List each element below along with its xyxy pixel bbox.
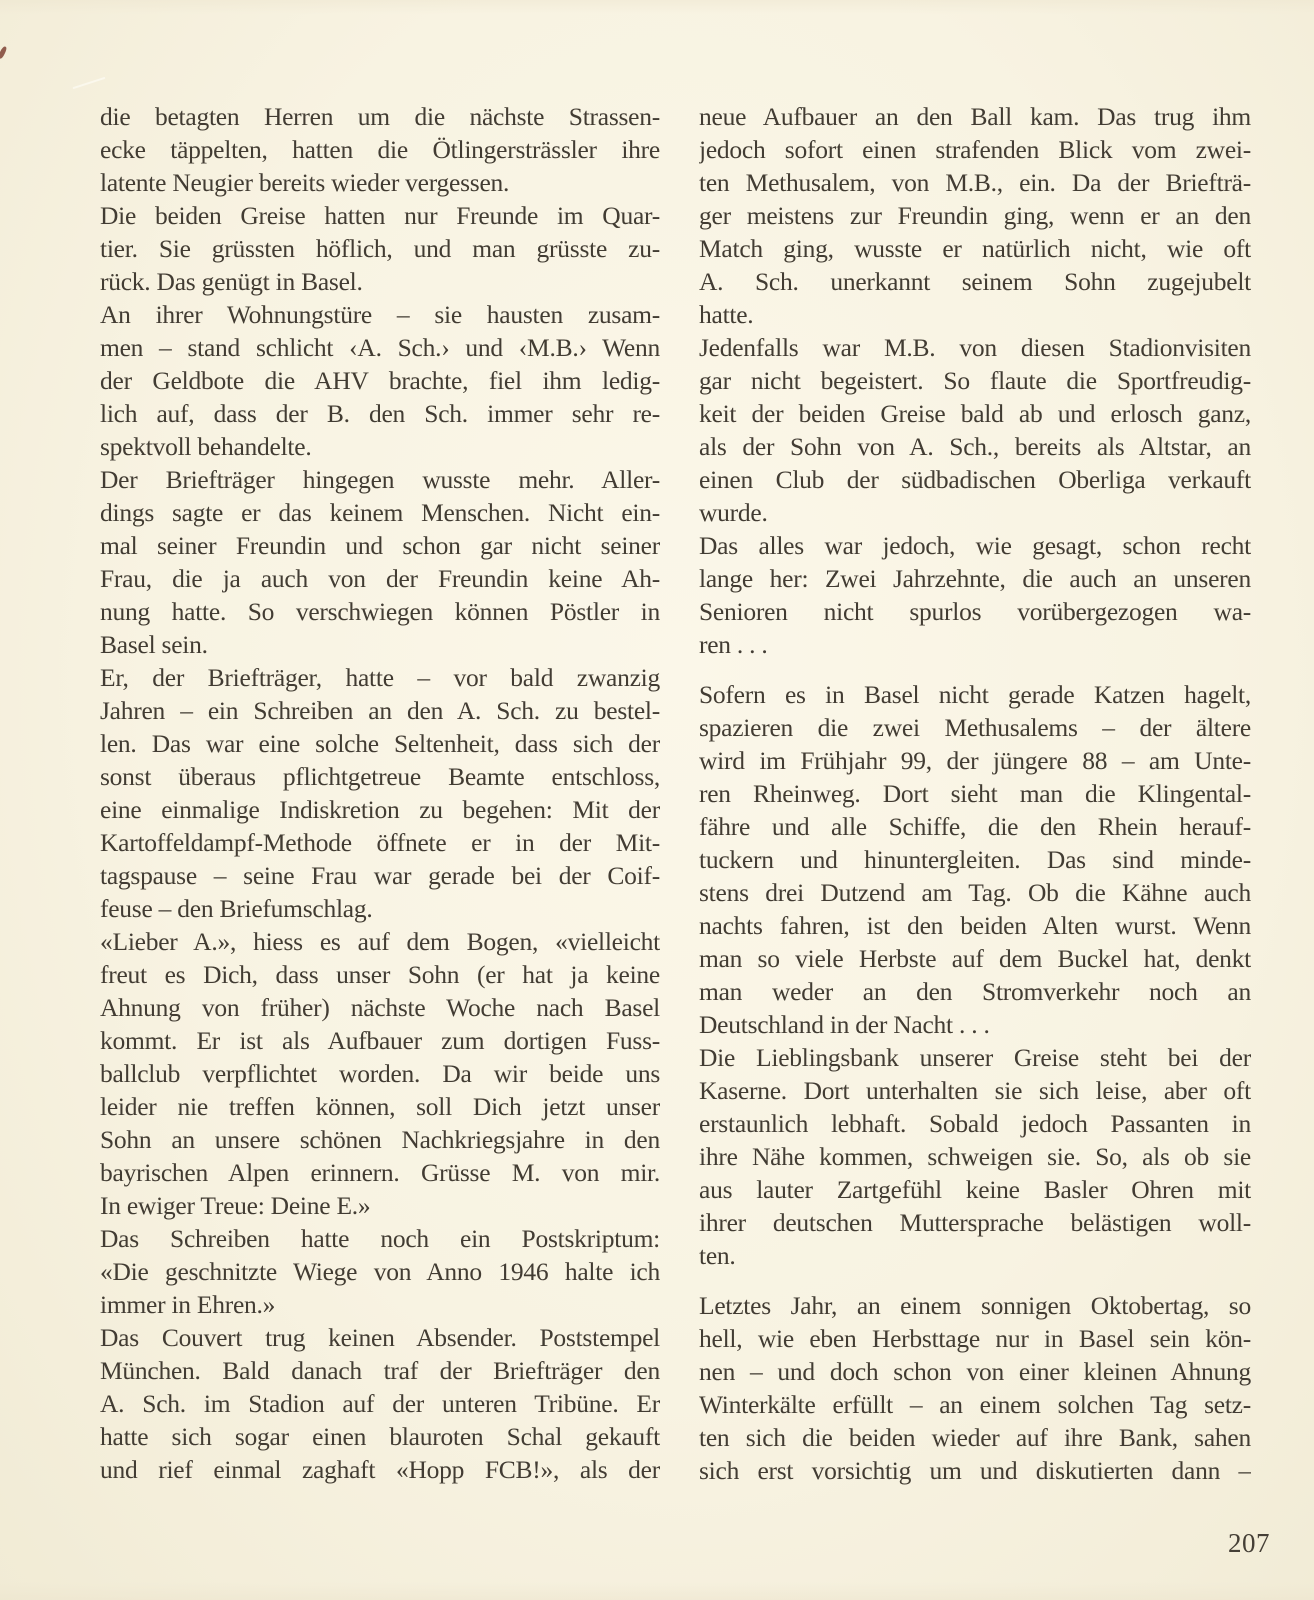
text-line: mal seiner Freundin und schon gar nicht … bbox=[100, 529, 660, 562]
text-line: man weder an den Stromverkehr noch an bbox=[699, 975, 1251, 1008]
text-line: In ewiger Treue: Deine E.» bbox=[100, 1189, 660, 1222]
text-line: Sofern es in Basel nicht gerade Katzen h… bbox=[699, 678, 1251, 711]
text-line: «Die geschnitzte Wiege von Anno 1946 hal… bbox=[100, 1255, 660, 1288]
text-line: A. Sch. im Stadion auf der unteren Tribü… bbox=[100, 1387, 660, 1420]
text-line: hatte sich sogar einen blauroten Schal g… bbox=[100, 1420, 660, 1453]
text-line: tuckern und hinuntergleiten. Das sind mi… bbox=[699, 843, 1251, 876]
text-line: sich erst vorsichtig um und diskutierten… bbox=[699, 1454, 1251, 1487]
paragraph: An ihrer Wohnungstüre – sie hausten zusa… bbox=[100, 298, 660, 463]
text-line: A. Sch. unerkannt seinem Sohn zugejubelt bbox=[699, 265, 1251, 298]
text-line: ren Rheinweg. Dort sieht man die Klingen… bbox=[699, 777, 1251, 810]
text-line: ecke täppelten, hatten die Ötlingersträs… bbox=[100, 133, 660, 166]
text-line: Jahren – ein Schreiben an den A. Sch. zu… bbox=[100, 694, 660, 727]
paper-scratch bbox=[73, 77, 106, 89]
text-line: eine einmalige Indiskretion zu begehen: … bbox=[100, 793, 660, 826]
red-pen-mark bbox=[0, 46, 7, 60]
text-line: Die Lieblingsbank unserer Greise steht b… bbox=[699, 1041, 1251, 1074]
text-line: ger meistens zur Freundin ging, wenn er … bbox=[699, 199, 1251, 232]
text-line: latente Neugier bereits wieder vergessen… bbox=[100, 166, 660, 199]
text-line: Das Couvert trug keinen Absender. Postst… bbox=[100, 1321, 660, 1354]
text-line: leider nie treffen können, soll Dich jet… bbox=[100, 1090, 660, 1123]
paragraph-group: die betagten Herren um die nächste Stras… bbox=[100, 100, 660, 1486]
text-line: ihre Nähe kommen, schweigen sie. So, als… bbox=[699, 1140, 1251, 1173]
text-line: feuse – den Briefumschlag. bbox=[100, 892, 660, 925]
text-line: einen Club der südbadischen Oberliga ver… bbox=[699, 463, 1251, 496]
text-line: ten Methusalem, von M.B., ein. Da der Br… bbox=[699, 166, 1251, 199]
paragraph: Der Briefträger hingegen wusste mehr. Al… bbox=[100, 463, 660, 661]
paragraph: Er, der Briefträger, hatte – vor bald zw… bbox=[100, 661, 660, 925]
paragraph-group: neue Aufbauer an den Ball kam. Das trug … bbox=[699, 100, 1251, 661]
text-line: Er, der Briefträger, hatte – vor bald zw… bbox=[100, 661, 660, 694]
paragraph: die betagten Herren um die nächste Stras… bbox=[100, 100, 660, 199]
paragraph: Das alles war jedoch, wie gesagt, schon … bbox=[699, 529, 1251, 661]
paragraph: «Lieber A.», hiess es auf dem Bogen, «vi… bbox=[100, 925, 660, 1222]
text-line: Ahnung von früher) nächste Woche nach Ba… bbox=[100, 991, 660, 1024]
text-line: kommt. Er ist als Aufbauer zum dortigen … bbox=[100, 1024, 660, 1057]
text-line: ten sich die beiden wieder auf ihre Bank… bbox=[699, 1421, 1251, 1454]
page-number: 207 bbox=[1228, 1528, 1270, 1559]
paragraph: Die beiden Greise hatten nur Freunde im … bbox=[100, 199, 660, 298]
text-line: tier. Sie grüssten höflich, und man grüs… bbox=[100, 232, 660, 265]
text-line: An ihrer Wohnungstüre – sie hausten zusa… bbox=[100, 298, 660, 331]
text-line: gar nicht begeistert. So flaute die Spor… bbox=[699, 364, 1251, 397]
text-column-right: neue Aufbauer an den Ball kam. Das trug … bbox=[699, 100, 1251, 1487]
text-line: Das alles war jedoch, wie gesagt, schon … bbox=[699, 529, 1251, 562]
text-line: dings sagte er das keinem Menschen. Nich… bbox=[100, 496, 660, 529]
text-line: len. Das war eine solche Seltenheit, das… bbox=[100, 727, 660, 760]
text-line: men – stand schlicht ‹A. Sch.› und ‹M.B.… bbox=[100, 331, 660, 364]
text-line: Senioren nicht spurlos vorübergezogen wa… bbox=[699, 595, 1251, 628]
text-line: spektvoll behandelte. bbox=[100, 430, 660, 463]
book-page: die betagten Herren um die nächste Stras… bbox=[0, 0, 1314, 1600]
text-line: erstaunlich lebhaft. Sobald jedoch Passa… bbox=[699, 1107, 1251, 1140]
text-line: freut es Dich, dass unser Sohn (er hat j… bbox=[100, 958, 660, 991]
text-line: nung hatte. So verschwiegen können Pöstl… bbox=[100, 595, 660, 628]
text-line: Basel sein. bbox=[100, 628, 660, 661]
paragraph-group: Sofern es in Basel nicht gerade Katzen h… bbox=[699, 678, 1251, 1272]
text-line: lange her: Zwei Jahrzehnte, die auch an … bbox=[699, 562, 1251, 595]
text-line: hatte. bbox=[699, 298, 1251, 331]
text-line: Winterkälte erfüllt – an einem solchen T… bbox=[699, 1388, 1251, 1421]
text-line: Sohn an unsere schönen Nachkriegsjahre i… bbox=[100, 1123, 660, 1156]
text-line: ballclub verpflichtet worden. Da wir bei… bbox=[100, 1057, 660, 1090]
paragraph: Jedenfalls war M.B. von diesen Stadionvi… bbox=[699, 331, 1251, 529]
text-line: Der Briefträger hingegen wusste mehr. Al… bbox=[100, 463, 660, 496]
paragraph: neue Aufbauer an den Ball kam. Das trug … bbox=[699, 100, 1251, 331]
paragraph: Sofern es in Basel nicht gerade Katzen h… bbox=[699, 678, 1251, 1041]
paragraph-group: Letztes Jahr, an einem sonnigen Oktobert… bbox=[699, 1289, 1251, 1487]
text-line: keit der beiden Greise bald ab und erlos… bbox=[699, 397, 1251, 430]
text-line: ren . . . bbox=[699, 628, 1251, 661]
text-line: Das Schreiben hatte noch ein Postskriptu… bbox=[100, 1222, 660, 1255]
text-line: Jedenfalls war M.B. von diesen Stadionvi… bbox=[699, 331, 1251, 364]
text-line: stens drei Dutzend am Tag. Ob die Kähne … bbox=[699, 876, 1251, 909]
text-line: lich auf, dass der B. den Sch. immer seh… bbox=[100, 397, 660, 430]
paragraph: Das Schreiben hatte noch ein Postskriptu… bbox=[100, 1222, 660, 1321]
text-line: man so viele Herbste auf dem Buckel hat,… bbox=[699, 942, 1251, 975]
text-line: bayrischen Alpen erinnern. Grüsse M. von… bbox=[100, 1156, 660, 1189]
text-line: wird im Frühjahr 99, der jüngere 88 – am… bbox=[699, 744, 1251, 777]
text-line: ten. bbox=[699, 1239, 1251, 1272]
text-line: aus lauter Zartgefühl keine Basler Ohren… bbox=[699, 1173, 1251, 1206]
text-line: Die beiden Greise hatten nur Freunde im … bbox=[100, 199, 660, 232]
text-line: und rief einmal zaghaft «Hopp FCB!», als… bbox=[100, 1453, 660, 1486]
paragraph: Die Lieblingsbank unserer Greise steht b… bbox=[699, 1041, 1251, 1272]
text-line: Kaserne. Dort unterhalten sie sich leise… bbox=[699, 1074, 1251, 1107]
text-line: hell, wie eben Herbsttage nur in Basel s… bbox=[699, 1322, 1251, 1355]
text-line: rück. Das genügt in Basel. bbox=[100, 265, 660, 298]
text-line: sonst überaus pflichtgetreue Beamte ents… bbox=[100, 760, 660, 793]
text-line: tagspause – seine Frau war gerade bei de… bbox=[100, 859, 660, 892]
text-line: die betagten Herren um die nächste Stras… bbox=[100, 100, 660, 133]
text-line: München. Bald danach traf der Briefträge… bbox=[100, 1354, 660, 1387]
text-line: als der Sohn von A. Sch., bereits als Al… bbox=[699, 430, 1251, 463]
text-line: nachts fahren, ist den beiden Alten wurs… bbox=[699, 909, 1251, 942]
text-line: fähre und alle Schiffe, die den Rhein he… bbox=[699, 810, 1251, 843]
text-line: Deutschland in der Nacht . . . bbox=[699, 1008, 1251, 1041]
text-line: immer in Ehren.» bbox=[100, 1288, 660, 1321]
text-line: «Lieber A.», hiess es auf dem Bogen, «vi… bbox=[100, 925, 660, 958]
text-line: nen – und doch schon von einer kleinen A… bbox=[699, 1355, 1251, 1388]
text-line: Letztes Jahr, an einem sonnigen Oktobert… bbox=[699, 1289, 1251, 1322]
paragraph: Das Couvert trug keinen Absender. Postst… bbox=[100, 1321, 660, 1486]
text-line: ihrer deutschen Muttersprache belästigen… bbox=[699, 1206, 1251, 1239]
text-line: jedoch sofort einen strafenden Blick vom… bbox=[699, 133, 1251, 166]
paragraph: Letztes Jahr, an einem sonnigen Oktobert… bbox=[699, 1289, 1251, 1487]
text-line: neue Aufbauer an den Ball kam. Das trug … bbox=[699, 100, 1251, 133]
text-line: Frau, die ja auch von der Freundin keine… bbox=[100, 562, 660, 595]
text-column-left: die betagten Herren um die nächste Stras… bbox=[100, 100, 660, 1486]
text-line: Match ging, wusste er natürlich nicht, w… bbox=[699, 232, 1251, 265]
text-line: der Geldbote die AHV brachte, fiel ihm l… bbox=[100, 364, 660, 397]
text-line: Kartoffeldampf-Methode öffnete er in der… bbox=[100, 826, 660, 859]
text-line: wurde. bbox=[699, 496, 1251, 529]
text-line: spazieren die zwei Methusalems – der ält… bbox=[699, 711, 1251, 744]
